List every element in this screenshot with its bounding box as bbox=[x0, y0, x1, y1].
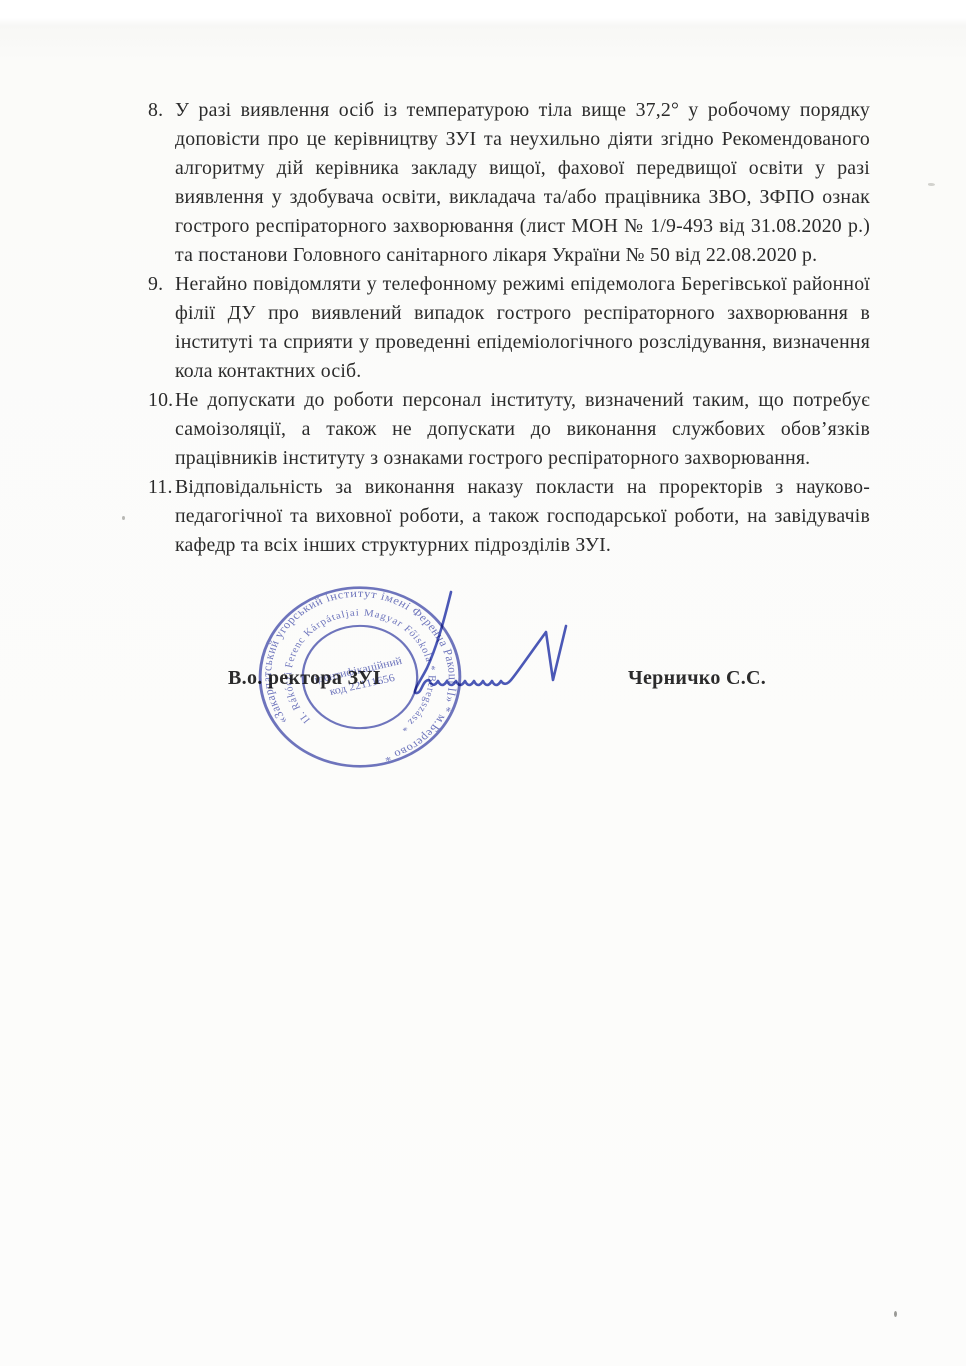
item-number: 10. bbox=[148, 386, 175, 473]
signer-name-label: Черничко С.С. bbox=[628, 667, 766, 690]
scan-speck bbox=[928, 183, 935, 186]
scanned-document-page: 8. У разі виявлення осіб із температурою… bbox=[0, 0, 966, 1366]
item-text: Негайно повідомляти у телефонному режимі… bbox=[175, 270, 870, 386]
list-item-9: 9. Негайно повідомляти у телефонному реж… bbox=[148, 270, 870, 386]
item-text: Відповідальність за виконання наказу пок… bbox=[175, 473, 870, 560]
list-item-8: 8. У разі виявлення осіб із температурою… bbox=[148, 96, 870, 270]
scan-speck bbox=[122, 516, 125, 520]
item-number: 9. bbox=[148, 270, 175, 386]
item-number: 8. bbox=[148, 96, 175, 270]
item-text: У разі виявлення осіб із температурою ті… bbox=[175, 96, 870, 270]
list-item-11: 11. Відповідальність за виконання наказу… bbox=[148, 473, 870, 560]
document-body: 8. У разі виявлення осіб із температурою… bbox=[148, 96, 870, 560]
signature-stroke bbox=[415, 592, 566, 693]
list-item-10: 10. Не допускати до роботи персонал інст… bbox=[148, 386, 870, 473]
item-number: 11. bbox=[148, 473, 175, 560]
handwritten-signature bbox=[395, 586, 580, 704]
item-text: Не допускати до роботи персонал інститут… bbox=[175, 386, 870, 473]
scan-speck bbox=[894, 1311, 897, 1317]
